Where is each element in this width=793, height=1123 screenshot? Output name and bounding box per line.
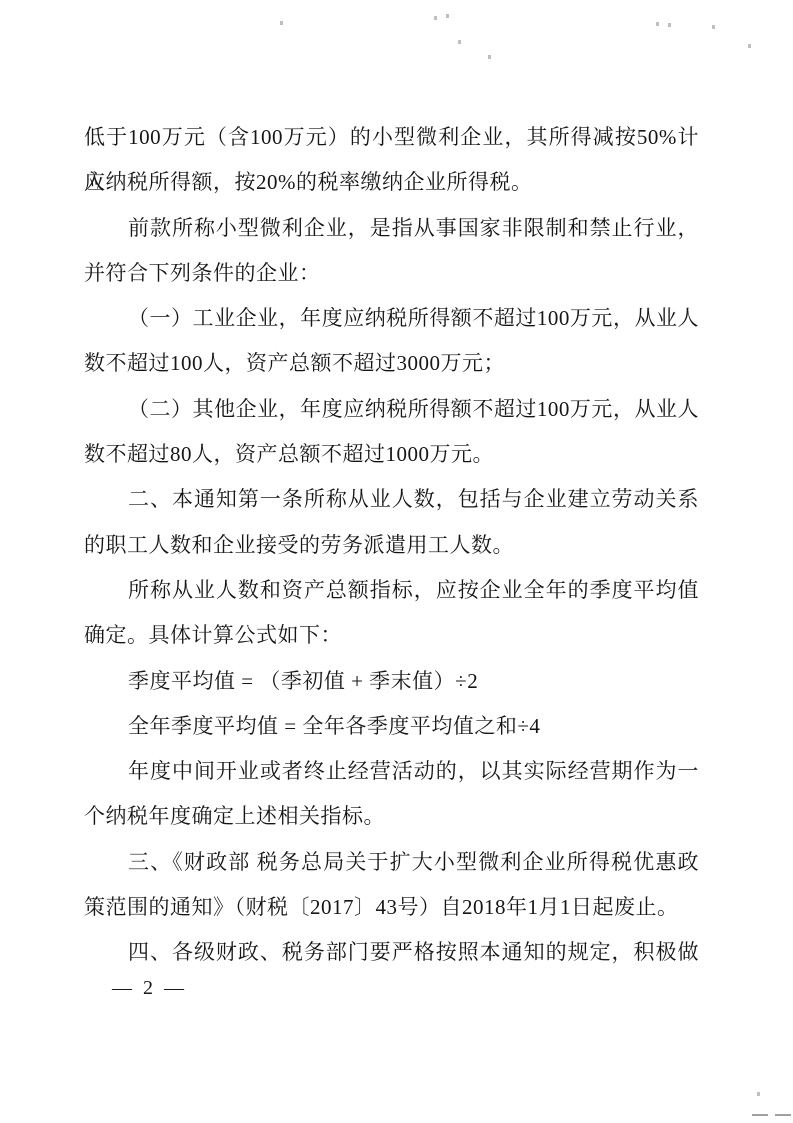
text-line: 所称从业人数和资产总额指标，应按企业全年的季度平均值 (84, 568, 699, 613)
scan-noise-speck (757, 1092, 760, 1096)
page-number: — 2 — (112, 974, 187, 1002)
scan-noise-speck (488, 55, 491, 59)
text-line: 二、本通知第一条所称从业人数，包括与企业建立劳动关系 (84, 477, 699, 522)
scan-noise-speck (280, 21, 283, 25)
text-line: 季度平均值 = （季初值 + 季末值）÷2 (84, 659, 699, 704)
text-line: 应纳税所得额，按20%的税率缴纳企业所得税。 (84, 160, 699, 205)
scan-noise-speck (668, 23, 671, 27)
document-body: 低于100万元（含100万元）的小型微利企业，其所得减按50%计入应纳税所得额，… (84, 115, 699, 976)
scan-noise-speck (656, 22, 659, 26)
text-line: 确定。具体计算公式如下： (84, 613, 699, 658)
text-line: 年度中间开业或者终止经营活动的，以其实际经营期作为一 (84, 749, 699, 794)
text-line: 三、《财政部 税务总局关于扩大小型微利企业所得税优惠政 (84, 840, 699, 885)
text-line: 数不超过80人，资产总额不超过1000万元。 (84, 432, 699, 477)
scanned-document-page: 低于100万元（含100万元）的小型微利企业，其所得减按50%计入应纳税所得额，… (0, 0, 793, 1123)
scan-noise-dash (775, 1114, 791, 1116)
scan-noise-speck (712, 25, 715, 29)
scan-noise-speck (446, 14, 449, 18)
text-line: 全年季度平均值 = 全年各季度平均值之和÷4 (84, 704, 699, 749)
text-line: 的职工人数和企业接受的劳务派遣用工人数。 (84, 523, 699, 568)
scan-noise-dash (752, 1114, 768, 1116)
text-line: 策范围的通知》（财税〔2017〕43号）自2018年1月1日起废止。 (84, 885, 699, 930)
text-line: 并符合下列条件的企业： (84, 251, 699, 296)
scan-noise-speck (458, 40, 461, 44)
text-line: 个纳税年度确定上述相关指标。 (84, 794, 699, 839)
scan-noise-speck (748, 44, 751, 48)
text-line: （一）工业企业，年度应纳税所得额不超过100万元，从业人 (84, 296, 699, 341)
text-line: 数不超过100人，资产总额不超过3000万元； (84, 341, 699, 386)
text-line: 前款所称小型微利企业，是指从事国家非限制和禁止行业， (84, 206, 699, 251)
text-line: （二）其他企业，年度应纳税所得额不超过100万元，从业人 (84, 387, 699, 432)
scan-noise-speck (434, 16, 437, 20)
text-line: 低于100万元（含100万元）的小型微利企业，其所得减按50%计入 (84, 115, 699, 160)
text-line: 四、各级财政、税务部门要严格按照本通知的规定，积极做 (84, 930, 699, 975)
